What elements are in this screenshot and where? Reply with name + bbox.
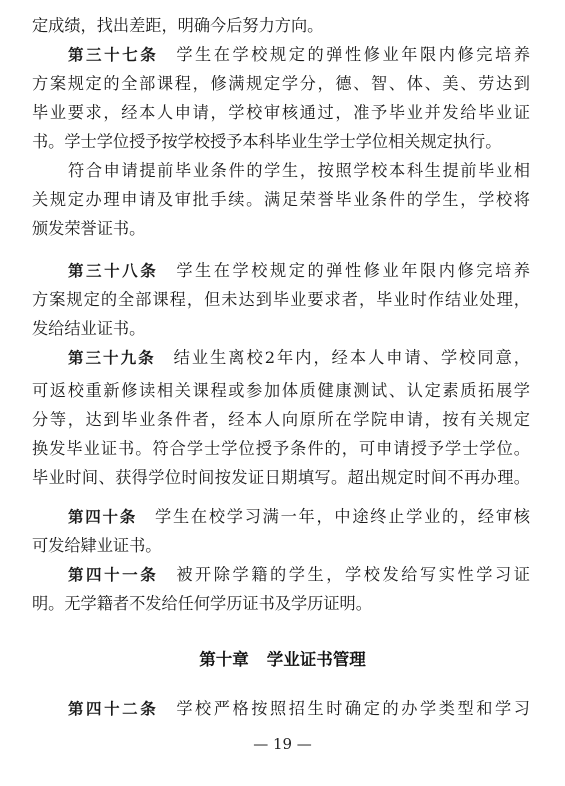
paragraph-line: 方案规定的全部课程，修满规定学分，德、智、体、美、劳达到 <box>32 72 530 96</box>
chapter-number: 第十章 <box>199 650 249 669</box>
paragraph-line: 换发毕业证书。符合学士学位授予条件的，可申请授予学士学位。 <box>32 437 530 461</box>
article-number: 第四十一条 <box>68 566 158 584</box>
article-37-heading-line: 第三十七条学生在学校规定的弹性修业年限内修完培养 <box>32 43 530 67</box>
article-40-heading-line: 第四十条学生在校学习满一年，中途终止学业的，经审核 <box>32 505 530 529</box>
article-number: 第三十九条 <box>68 349 156 367</box>
paragraph-line: 毕业时间、获得学位时间按发证日期填写。超出规定时间不再办理。 <box>32 466 530 490</box>
chapter-title-text: 学业证书管理 <box>267 650 366 669</box>
article-number: 第三十七条 <box>68 46 158 64</box>
article-42-heading-line: 第四十二条学校严格按照招生时确定的办学类型和学习 <box>32 697 530 721</box>
paragraph-line: 毕业要求，经本人申请，学校审核通过，准予毕业并发给毕业证 <box>32 101 530 125</box>
paragraph-line: 书。学士学位授予按学校授予本科毕业生学士学位相关规定执行。 <box>32 130 530 154</box>
paragraph-line: 关规定办理申请及审批手续。满足荣誉毕业条件的学生，学校将 <box>32 188 530 212</box>
paragraph-line: 定成绩，找出差距，明确今后努力方向。 <box>32 14 530 38</box>
article-number: 第三十八条 <box>68 262 158 280</box>
paragraph-line: 颁发荣誉证书。 <box>32 217 530 241</box>
paragraph-line: 可返校重新修读相关课程或参加体质健康测试、认定素质拓展学 <box>32 379 530 403</box>
chapter-heading: 第十章学业证书管理 <box>0 648 565 672</box>
article-38-heading-line: 第三十八条学生在学校规定的弹性修业年限内修完培养 <box>32 259 530 283</box>
article-39-heading-line: 第三十九条结业生离校2年内，经本人申请、学校同意， <box>32 346 530 370</box>
paragraph-line: 符合申请提前毕业条件的学生，按照学校本科生提前毕业相 <box>32 159 530 183</box>
page-number: — 19 — <box>0 734 565 754</box>
article-number: 第四十二条 <box>68 700 158 718</box>
paragraph-line: 明。无学籍者不发给任何学历证书及学历证明。 <box>32 592 530 616</box>
article-number: 第四十条 <box>68 508 137 526</box>
paragraph-line: 发给结业证书。 <box>32 317 530 341</box>
paragraph-line: 可发给肄业证书。 <box>32 534 530 558</box>
paragraph-line: 方案规定的全部课程，但未达到毕业要求者，毕业时作结业处理， <box>32 288 530 312</box>
paragraph-line: 分等，达到毕业条件者，经本人向原所在学院申请，按有关规定 <box>32 408 530 432</box>
article-41-heading-line: 第四十一条被开除学籍的学生，学校发给写实性学习证 <box>32 563 530 587</box>
